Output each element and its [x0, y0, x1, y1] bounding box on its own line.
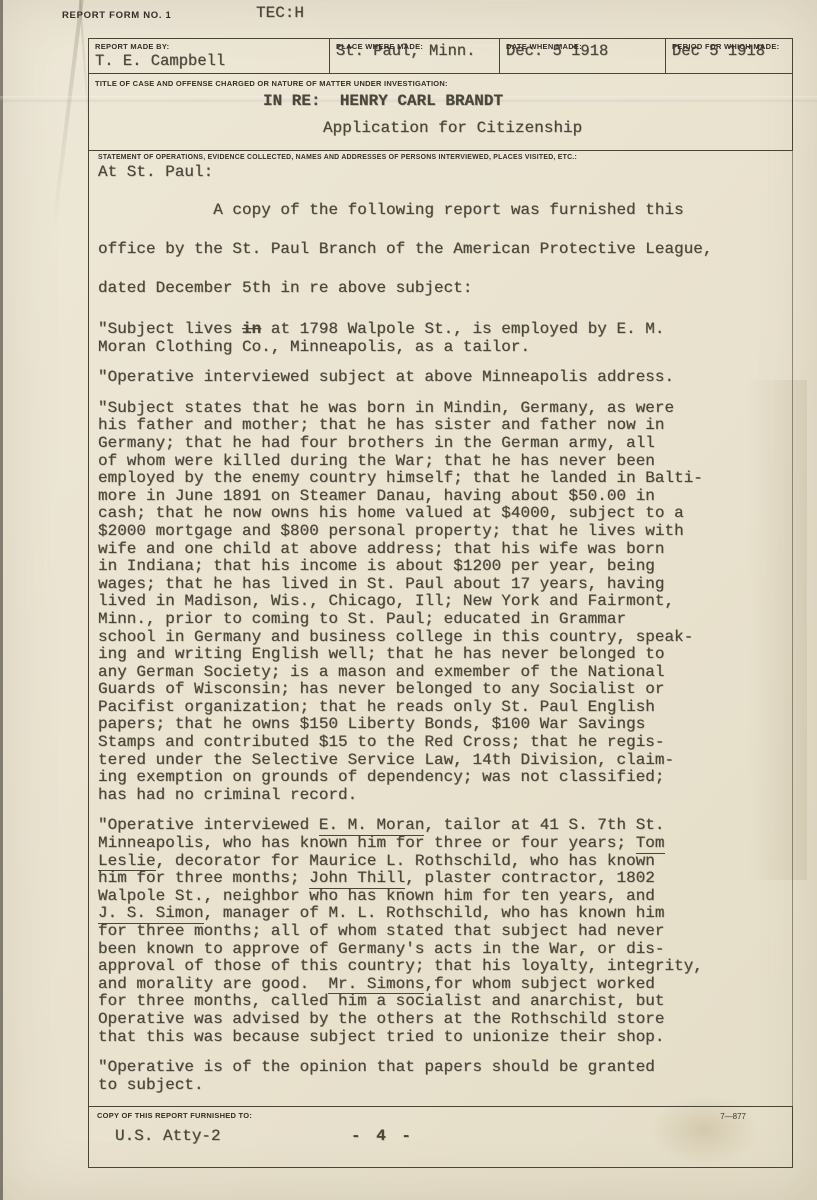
furnished-to-value: U.S. Atty-2: [115, 1127, 221, 1145]
typed-line: lived in Madison, Wis., Chicago, Ill; Ne…: [98, 593, 786, 611]
location-line: At St. Paul:: [98, 163, 786, 181]
text-segment: "Subject lives: [98, 320, 242, 338]
form-footer-row: COPY OF THIS REPORT FURNISHED TO: U.S. A…: [88, 1106, 793, 1168]
typed-line: more in June 1891 on Steamer Danau, havi…: [98, 488, 786, 506]
typed-line: Guards of Wisconsin; has never belonged …: [98, 681, 786, 699]
typed-line: ing exemption on grounds of dependency; …: [98, 769, 786, 787]
typed-line: "Subject states that he was born in Mind…: [98, 400, 786, 418]
paragraph: "Operative is of the opinion that papers…: [98, 1059, 786, 1094]
typed-line: Operative was advised by the others at t…: [98, 1011, 786, 1029]
typed-line: wages; that he has lived in St. Paul abo…: [98, 576, 786, 594]
typed-line: office by the St. Paul Branch of the Ame…: [98, 230, 786, 269]
typed-line: "Operative is of the opinion that papers…: [98, 1059, 786, 1077]
text-segment: $2000 mortgage and $800 personal propert…: [98, 522, 684, 540]
typed-line: that this was because subject tried to u…: [98, 1029, 786, 1047]
text-segment: for three months, called him a socialist…: [98, 992, 665, 1010]
field-label: REPORT MADE BY:: [95, 42, 325, 51]
text-segment: wages; that he has lived in St. Paul abo…: [98, 575, 665, 593]
paper-crease: [52, 0, 85, 228]
form-code: 7—877: [720, 1112, 746, 1121]
text-segment: him for three months;: [98, 869, 309, 887]
text-segment: approval of those of this country; that …: [98, 957, 703, 975]
footer-label: COPY OF THIS REPORT FURNISHED TO:: [97, 1111, 784, 1120]
text-segment: any German Society; is a mason and exmem…: [98, 663, 665, 681]
paragraph: "Subject lives in at 1798 Walpole St., i…: [98, 321, 786, 356]
underlined-name: J. S. Simon: [98, 904, 204, 924]
text-segment: , plaster contractor, 1802: [405, 869, 655, 887]
typed-line: his father and mother; that he has siste…: [98, 417, 786, 435]
typed-line: J. S. Simon, manager of M. L. Rothschild…: [98, 905, 786, 923]
paragraph: "Subject states that he was born in Mind…: [98, 400, 786, 805]
typed-line: dated December 5th in re above subject:: [98, 269, 786, 308]
typed-line: for three months, called him a socialist…: [98, 993, 786, 1011]
text-segment: , manager of M. L. Rothschild, who has k…: [204, 904, 665, 922]
field-date-when-made: DATE WHEN MADE: Dec. 5 1918: [499, 39, 665, 73]
file-reference: TEC:H: [256, 4, 304, 22]
text-segment: "Operative is of the opinion that papers…: [98, 1058, 655, 1076]
case-title: IN RE: HENRY CARL BRANDT: [95, 92, 786, 110]
typed-line: any German Society; is a mason and exmem…: [98, 664, 786, 682]
text-segment: office by the St. Paul Branch of the Ame…: [98, 240, 713, 258]
text-segment: has had no criminal record.: [98, 786, 357, 804]
text-segment: Stamps and contributed $15 to the Red Cr…: [98, 733, 665, 751]
typed-line: $2000 mortgage and $800 personal propert…: [98, 523, 786, 541]
text-segment: that this was because subject tried to u…: [98, 1028, 665, 1046]
typed-line: "Operative interviewed subject at above …: [98, 369, 786, 387]
text-segment: Germany; that he had four brothers in th…: [98, 434, 655, 452]
typed-line: Moran Clothing Co., Minneapolis, as a ta…: [98, 339, 786, 357]
typed-line: Stamps and contributed $15 to the Red Cr…: [98, 734, 786, 752]
scan-edge: [0, 0, 3, 1200]
statement-section-label: STATEMENT OF OPERATIONS, EVIDENCE COLLEC…: [98, 154, 786, 161]
typed-line: "Operative interviewed E. M. Moran, tail…: [98, 817, 786, 835]
typed-line: has had no criminal record.: [98, 787, 786, 805]
typed-line: for three months; all of whom stated tha…: [98, 923, 786, 941]
form-header-row: REPORT MADE BY: T. E. Campbell PLACE WHE…: [88, 38, 793, 74]
typed-line: Minn., prior to coming to St. Paul; educ…: [98, 611, 786, 629]
field-label: DATE WHEN MADE:: [506, 42, 661, 51]
paragraph: "Operative interviewed E. M. Moran, tail…: [98, 817, 786, 1046]
text-segment: to subject.: [98, 1076, 204, 1094]
text-segment: ing exemption on grounds of dependency; …: [98, 768, 665, 786]
typed-line: approval of those of this country; that …: [98, 958, 786, 976]
text-segment: "Operative interviewed subject at above …: [98, 368, 674, 386]
text-segment: ,for whom subject worked: [424, 975, 654, 993]
typed-line: tered under the Selective Service Law, 1…: [98, 752, 786, 770]
typed-line: Walpole St., neighbor who has known him …: [98, 888, 786, 906]
underlined-name: Tom: [636, 834, 665, 854]
typed-line: A copy of the following report was furni…: [98, 191, 786, 230]
typed-line: in Indiana; that his income is about $12…: [98, 558, 786, 576]
typed-line: ing and writing English well; that he ha…: [98, 646, 786, 664]
typed-line: and morality are good. Mr. Simons,for wh…: [98, 976, 786, 994]
underlined-name: Mr. Simons: [328, 975, 424, 995]
struck-out-text: in: [242, 320, 261, 338]
text-segment: Walpole St., neighbor who has known him …: [98, 887, 655, 905]
typed-line: school in Germany and business college i…: [98, 629, 786, 647]
field-period-for-which-made: PERIOD FOR WHICH MADE: Dec 5 1918: [665, 39, 792, 73]
typed-line: been known to approve of Germany's acts …: [98, 941, 786, 959]
typed-line: wife and one child at above address; tha…: [98, 541, 786, 559]
text-segment: "Subject states that he was born in Mind…: [98, 399, 674, 417]
field-value: T. E. Campbell: [95, 52, 325, 70]
typed-line: of whom were killed during the War; that…: [98, 453, 786, 471]
text-segment: lived in Madison, Wis., Chicago, Ill; Ne…: [98, 592, 674, 610]
typed-line: employed by the enemy country himself; t…: [98, 470, 786, 488]
text-segment: wife and one child at above address; tha…: [98, 540, 665, 558]
underlined-name: Leslie: [98, 852, 156, 872]
document-page: REPORT FORM NO. 1 TEC:H REPORT MADE BY: …: [0, 0, 817, 1200]
text-segment: and morality are good.: [98, 975, 328, 993]
text-segment: at 1798 Walpole St., is employed by E. M…: [261, 320, 664, 338]
text-segment: papers; that he owns $150 Liberty Bonds,…: [98, 715, 645, 733]
typed-line: to subject.: [98, 1077, 786, 1095]
paragraph: "Operative interviewed subject at above …: [98, 369, 786, 387]
text-segment: his father and mother; that he has siste…: [98, 416, 665, 434]
text-segment: tered under the Selective Service Law, 1…: [98, 751, 674, 769]
paragraph: A copy of the following report was furni…: [98, 191, 786, 308]
text-segment: , decorator for Maurice L. Rothschild, w…: [156, 852, 655, 870]
text-segment: more in June 1891 on Steamer Danau, havi…: [98, 487, 655, 505]
text-segment: for three months; all of whom stated tha…: [98, 922, 665, 940]
title-of-case-section: TITLE OF CASE AND OFFENSE CHARGED OR NAT…: [88, 74, 793, 151]
text-segment: A copy of the following report was furni…: [98, 201, 684, 219]
typed-line: Leslie, decorator for Maurice L. Rothsch…: [98, 853, 786, 871]
typed-line: cash; that he now owns his home valued a…: [98, 505, 786, 523]
text-segment: Guards of Wisconsin; has never belonged …: [98, 680, 665, 698]
text-segment: Operative was advised by the others at t…: [98, 1010, 665, 1028]
text-segment: "Operative interviewed: [98, 816, 319, 834]
underlined-name: E. M. Moran: [319, 816, 425, 836]
typed-line: Minneapolis, who has known him for three…: [98, 835, 786, 853]
report-form-table: REPORT MADE BY: T. E. Campbell PLACE WHE…: [88, 38, 793, 1168]
title-section-label: TITLE OF CASE AND OFFENSE CHARGED OR NAT…: [95, 79, 786, 88]
statement-section: STATEMENT OF OPERATIONS, EVIDENCE COLLEC…: [88, 151, 793, 1106]
text-segment: of whom were killed during the War; that…: [98, 452, 655, 470]
text-segment: Pacifist organization; that he reads onl…: [98, 698, 655, 716]
field-place-where-made: PLACE WHERE MADE: St. Paul, Minn.: [329, 39, 499, 73]
typed-line: papers; that he owns $150 Liberty Bonds,…: [98, 716, 786, 734]
text-segment: dated December 5th in re above subject:: [98, 279, 472, 297]
typed-line: "Subject lives in at 1798 Walpole St., i…: [98, 321, 786, 339]
underlined-name: John Thill: [309, 869, 405, 889]
field-label: PLACE WHERE MADE:: [336, 42, 495, 51]
text-segment: , tailor at 41 S. 7th St.: [424, 816, 664, 834]
text-segment: school in Germany and business college i…: [98, 628, 693, 646]
case-subtitle: Application for Citizenship: [95, 119, 786, 137]
typed-line: him for three months; John Thill, plaste…: [98, 870, 786, 888]
typed-line: Germany; that he had four brothers in th…: [98, 435, 786, 453]
text-segment: cash; that he now owns his home valued a…: [98, 504, 684, 522]
text-segment: Moran Clothing Co., Minneapolis, as a ta…: [98, 338, 530, 356]
field-report-made-by: REPORT MADE BY: T. E. Campbell: [89, 39, 329, 73]
statement-paragraphs: A copy of the following report was furni…: [98, 191, 786, 1094]
text-segment: ing and writing English well; that he ha…: [98, 645, 665, 663]
page-number: - 4 -: [351, 1127, 414, 1145]
report-form-number-stamp: REPORT FORM NO. 1: [62, 10, 172, 21]
text-segment: Minn., prior to coming to St. Paul; educ…: [98, 610, 626, 628]
field-label: PERIOD FOR WHICH MADE:: [672, 42, 788, 51]
text-segment: in Indiana; that his income is about $12…: [98, 557, 655, 575]
text-segment: Minneapolis, who has known him for three…: [98, 834, 636, 852]
typed-line: Pacifist organization; that he reads onl…: [98, 699, 786, 717]
text-segment: been known to approve of Germany's acts …: [98, 940, 665, 958]
text-segment: employed by the enemy country himself; t…: [98, 469, 703, 487]
